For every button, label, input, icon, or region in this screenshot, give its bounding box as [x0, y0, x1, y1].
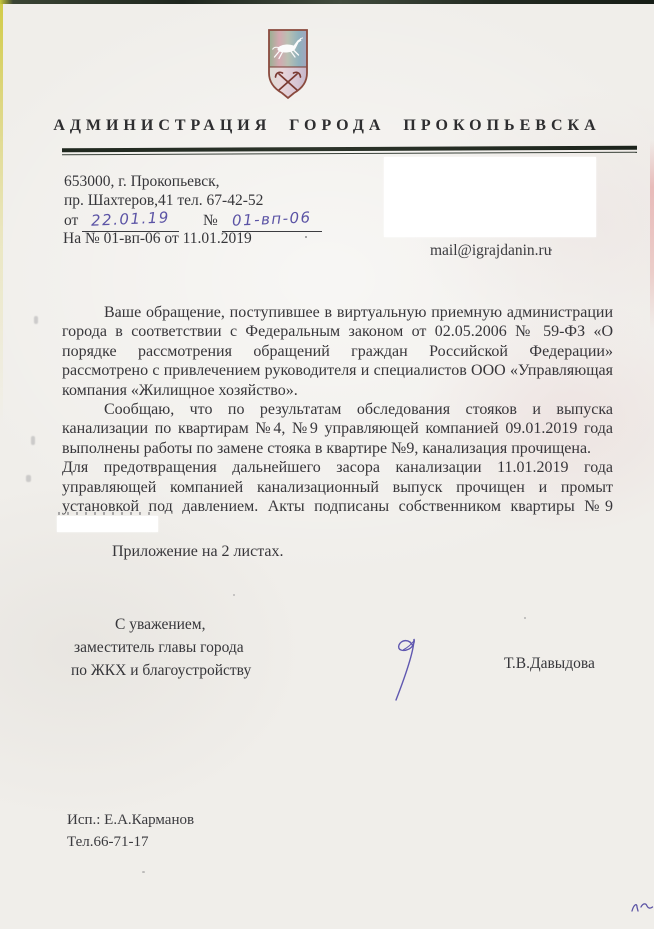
header-rule — [62, 146, 637, 155]
executor-phone: Тел.66-71-17 — [67, 834, 148, 851]
ref-date-label: от — [64, 212, 78, 229]
scan-speck — [550, 249, 552, 251]
reference-line: от 22.01.19 № 01-вп-06 — [64, 211, 322, 231]
redacted-text-fragments — [58, 512, 150, 515]
scan-edge-right — [650, 140, 654, 330]
scan-speck — [524, 617, 526, 619]
signer-title-line-2: по ЖКХ и благоустройству — [71, 662, 251, 680]
organization-title: АДМИНИСТРАЦИЯ ГОРОДА ПРОКОПЬЕВСКА — [0, 117, 654, 135]
scan-speck — [118, 314, 121, 317]
sender-email: mail@igrajdanin.ru — [430, 242, 551, 260]
coat-of-arms — [266, 27, 310, 101]
ref-date-handwritten: 22.01.19 — [91, 208, 171, 229]
sender-address-line-1: 653000, г. Прокопьевск, — [64, 172, 220, 191]
executor-line: Исп.: Е.А.Карманов — [67, 812, 194, 829]
scanned-letter-page: АДМИНИСТРАЦИЯ ГОРОДА ПРОКОПЬЕВСКА 653000… — [0, 0, 654, 929]
scan-speck — [305, 236, 307, 238]
body-paragraph-3: Для предотвращения дальнейшего засора ка… — [62, 458, 613, 516]
attachment-note: Приложение на 2 листах. — [112, 543, 283, 561]
scan-edge-top — [0, 0, 654, 4]
signer-title-line-1: заместитель главы города — [74, 639, 244, 657]
reply-reference: На № 01-вп-06 от 11.01.2019 — [63, 229, 252, 248]
sender-address-line-2: пр. Шахтеров,41 тел. 67-42-52 — [64, 191, 263, 210]
closing-salutation: С уважением, — [115, 616, 206, 634]
signer-name: Т.В.Давыдова — [504, 655, 595, 673]
coat-of-arms-shield — [266, 27, 310, 101]
redaction-box-recipient — [384, 157, 596, 237]
scan-speck — [142, 871, 145, 873]
scan-smudge — [31, 436, 35, 445]
scan-smudge — [34, 316, 38, 324]
scan-speck — [233, 594, 235, 596]
body-paragraph-1: Ваше обращение, поступившее в виртуальну… — [62, 303, 613, 400]
corner-handwritten-mark — [630, 898, 654, 916]
letter-body: Ваше обращение, поступившее в виртуальну… — [62, 303, 613, 516]
redaction-box-name — [57, 516, 158, 532]
scan-smudge — [26, 475, 31, 482]
ref-number-label: № — [203, 212, 218, 229]
scan-edge-left — [0, 4, 3, 424]
body-paragraph-2: Сообщаю, что по результатам обследования… — [62, 400, 613, 458]
signature — [383, 628, 433, 703]
ref-number-handwritten: 01-вп-06 — [231, 208, 311, 229]
